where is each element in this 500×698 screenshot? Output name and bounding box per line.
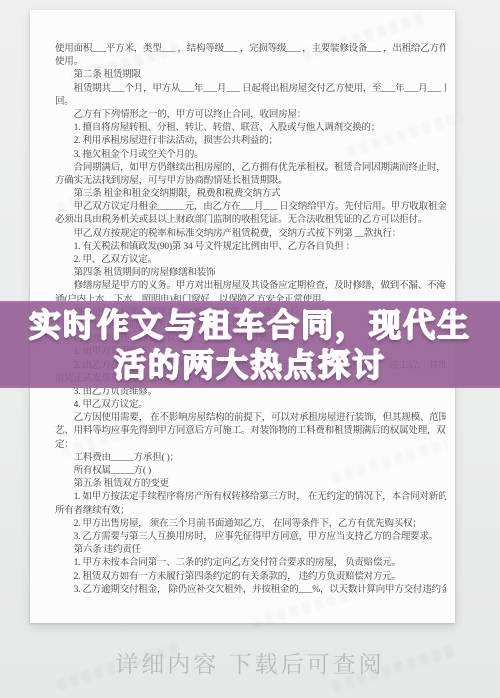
doc-line: 甲乙双方按规定的税率和标准交纳房产租赁税费，交纳方式按下列第 __款执行： (55, 228, 446, 241)
doc-line: 工料费由_____方承担( )； (55, 452, 446, 465)
doc-line: 使用。 (55, 56, 446, 69)
doc-line: 1. 甲方未按本合同第一、二条的约定向乙方交付符合要求的房屋， 负责赔偿元。 (55, 557, 446, 570)
banner-title-line1: 实时作文与租车合同，现代生 (29, 305, 471, 345)
doc-line: 1. 擅自将房屋转租、分租、转让、转借、联营、入股或与他人调剂交换的； (55, 122, 446, 135)
doc-line: 1. 如甲方按法定手续程序将房产所有权转移给第三方时， 在无约定的情况下，本合同… (55, 491, 446, 504)
doc-line: 回。 (55, 96, 446, 109)
doc-line: 2. 租赁双方如有一方未履行第四条约定的有关条款的， 违约方负责赔偿对方元。 (55, 571, 446, 584)
doc-line: 3. 乙方需要与第三人互换用房时， 应事先征得甲方同意，甲方应当支持乙方的合理要… (55, 531, 446, 544)
doc-line: 4. 甲乙双方议定。 (55, 399, 446, 412)
doc-line: 1. 有关税法和镇政发(90)第 34 号文件规定比例由甲、乙方各自负担 ： (55, 241, 446, 254)
doc-line: 3. 乙方逾期交付租金， 除仍应补交欠租外，并按租金的___%，以天数计算向甲方… (55, 584, 446, 597)
footer-caption: 详细内容 下载后可查阅 (0, 646, 500, 679)
banner-title-line2: 活的两大热点探讨 (114, 345, 386, 385)
doc-line: 第三条 租金和租金交纳期限，税费和税费交纳方式 (55, 188, 446, 201)
doc-line: 第六条 违约责任 (55, 544, 446, 557)
doc-line: 第四条 租赁期间的房屋修缮和装饰 (55, 267, 446, 280)
doc-line: 所有权属_____方( ) (55, 465, 446, 478)
doc-line: 2. 甲方出售房屋， 须在三个月前书面通知乙方， 在同等条件下，乙方有优先购买权… (55, 518, 446, 531)
doc-line: 定： (55, 439, 446, 452)
doc-line: 第五条 租赁双方的变更 (55, 478, 446, 491)
doc-line: 第二条 租赁期限 (55, 69, 446, 82)
doc-line: 修缮房屋是甲方的义务。甲方对出租房屋及其设备应定期检查，及时修缮，做到不漏、不淹… (55, 280, 446, 293)
title-banner: 实时作文与租车合同，现代生 活的两大热点探讨 (0, 301, 500, 388)
doc-line: 乙方有下列情形之一的，甲方可以终止合同，收回房屋： (55, 109, 446, 122)
doc-line: 艺、用料等均应事先得到甲方同意后方可施工。对装饰物的工料费和租赁期满后的权属处理… (55, 425, 446, 438)
doc-line: 2. 利用承租房屋进行非法活动，损害公共利益的； (55, 135, 446, 148)
doc-line: 方确实无法找到房屋，可与甲方协商酌情延长租赁期限。 (55, 175, 446, 188)
doc-line: 合同期满后，如甲方仍继续出租房屋的，乙方拥有优先承租权。租赁合同因期满而终止时，… (55, 162, 446, 175)
doc-line: 2. 甲、乙双方议定。 (55, 254, 446, 267)
doc-line: 租赁期共___个月，甲方从___年___月___ 日起将出租房屋交付乙方使用，至… (55, 83, 446, 96)
doc-line: 3. 拖欠租金个月或空关个月的。 (55, 149, 446, 162)
doc-line: 使用面积___平方米，类型___ ，结构等级___ ，完损等级___ ，主要装修… (55, 43, 446, 56)
doc-line: 乙方因使用需要， 在不影响房屋结构的前提下，可以对承租房屋进行装饰，但其规模、范… (55, 412, 446, 425)
doc-line: 所有者继续有效； (55, 505, 446, 518)
doc-line: 必须出具由税务机关或县以上财政部门监制的收租凭证。无合法收租凭证的乙方可以拒付。 (55, 214, 446, 227)
preview-stage: 使用面积___平方米，类型___ ，结构等级___ ，完损等级___ ，主要装修… (0, 0, 500, 698)
doc-line: 甲乙双方议定月租金______元，由乙方在___月___ 日交纳给甲方。先付后用… (55, 201, 446, 214)
